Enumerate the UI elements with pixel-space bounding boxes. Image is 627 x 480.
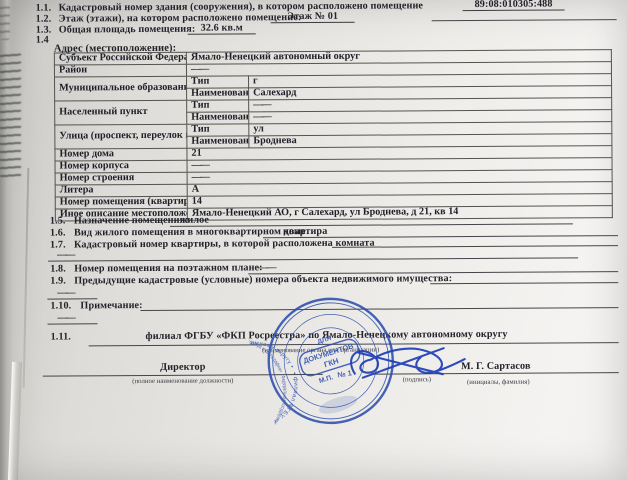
ruled-line xyxy=(332,245,618,248)
item-1-10-number: 1.10. xyxy=(50,300,71,311)
address-row-label: Номер помещения (квартиры) xyxy=(55,196,187,209)
item-1-2-value: Этаж № 01 xyxy=(271,11,355,24)
stamp-mp-label: М.П. xyxy=(318,374,334,385)
item-1-3-value: 32.6 кв.м xyxy=(188,22,256,34)
item-1-2-label: Этаж (этажи), на котором расположено пом… xyxy=(59,12,302,24)
item-1-9-label: Предыдущие кадастровые (условные) номера… xyxy=(74,273,452,286)
item-1-1-number: 1.1. xyxy=(36,3,52,14)
stamp-inner-ring-text: • филиал ФГБУ «ФКП Росреестра» по Ямало-… xyxy=(241,330,309,440)
item-1-7-label: Кадастровый номер квартиры, в которой ра… xyxy=(74,238,375,251)
ruled-line xyxy=(48,257,578,261)
address-row-label: Номер строения xyxy=(55,172,187,185)
ruled-line xyxy=(48,323,98,324)
address-sub-label: Тип xyxy=(187,100,249,112)
item-1-8-value: —— xyxy=(258,262,274,273)
item-1-5-value: жилое xyxy=(180,215,209,226)
address-row-label: Район xyxy=(54,64,186,77)
document-page: 1.1. Кадастровый номер здания (сооружени… xyxy=(0,0,627,480)
item-1-11-number: 1.11. xyxy=(51,331,71,342)
item-1-5-number: 1.5. xyxy=(50,215,66,226)
item-1-6-value: квартира xyxy=(283,226,328,237)
item-1-1-value: 89:08:010305:488 xyxy=(463,0,565,11)
ruled-line xyxy=(430,282,618,284)
address-sub-label: Тип xyxy=(186,76,248,88)
svg-text:• филиал ФГБУ «ФКП Росреестра»: • филиал ФГБУ «ФКП Росреестра» по Ямало-… xyxy=(241,330,309,440)
scanned-document-photo: 1.1. Кадастровый номер здания (сооружени… xyxy=(0,0,627,480)
item-1-6-number: 1.6. xyxy=(50,227,66,238)
address-sub-label: Наименование xyxy=(187,88,249,100)
address-sub-label: Наименование xyxy=(187,136,249,148)
address-row-label: Литера xyxy=(55,184,187,197)
address-row-label: Муниципальное образование xyxy=(54,76,186,101)
address-table: Субъект Российской Федерации Ямало-Ненец… xyxy=(54,49,613,221)
item-1-8-number: 1.8. xyxy=(50,263,66,274)
item-1-2-number: 1.2. xyxy=(36,14,52,25)
item-1-5-label: Назначение помещения: xyxy=(74,215,189,227)
item-1-10-value: —— xyxy=(57,312,73,323)
item-1-9-number: 1.9. xyxy=(50,275,66,286)
item-1-10-label: Примечание: xyxy=(80,300,142,311)
item-1-7-value: —— xyxy=(57,249,73,260)
item-1-9-value: —— xyxy=(57,287,73,298)
address-value: Ямало-Ненецкий АО, г Салехард, ул Бродне… xyxy=(187,206,612,221)
signature-ink xyxy=(341,339,471,384)
item-1-4-number: 1.4 xyxy=(36,35,49,46)
address-row-label: Номер дома xyxy=(55,148,187,161)
address-row-label: Субъект Российской Федерации xyxy=(54,52,186,65)
address-row-label: Номер корпуса xyxy=(55,160,187,173)
address-sub-label: Тип xyxy=(187,124,249,136)
item-1-8-label: Номер помещения на поэтажном плане: xyxy=(74,262,263,274)
address-sub-label: Наименование xyxy=(187,112,249,124)
address-row-label: Улица (проспект, переулок и т.д.) xyxy=(55,124,187,149)
ruled-line xyxy=(432,19,617,21)
item-1-3-label: Общая площадь помещения: xyxy=(59,24,196,36)
address-row-label: Населенный пункт xyxy=(55,100,187,125)
